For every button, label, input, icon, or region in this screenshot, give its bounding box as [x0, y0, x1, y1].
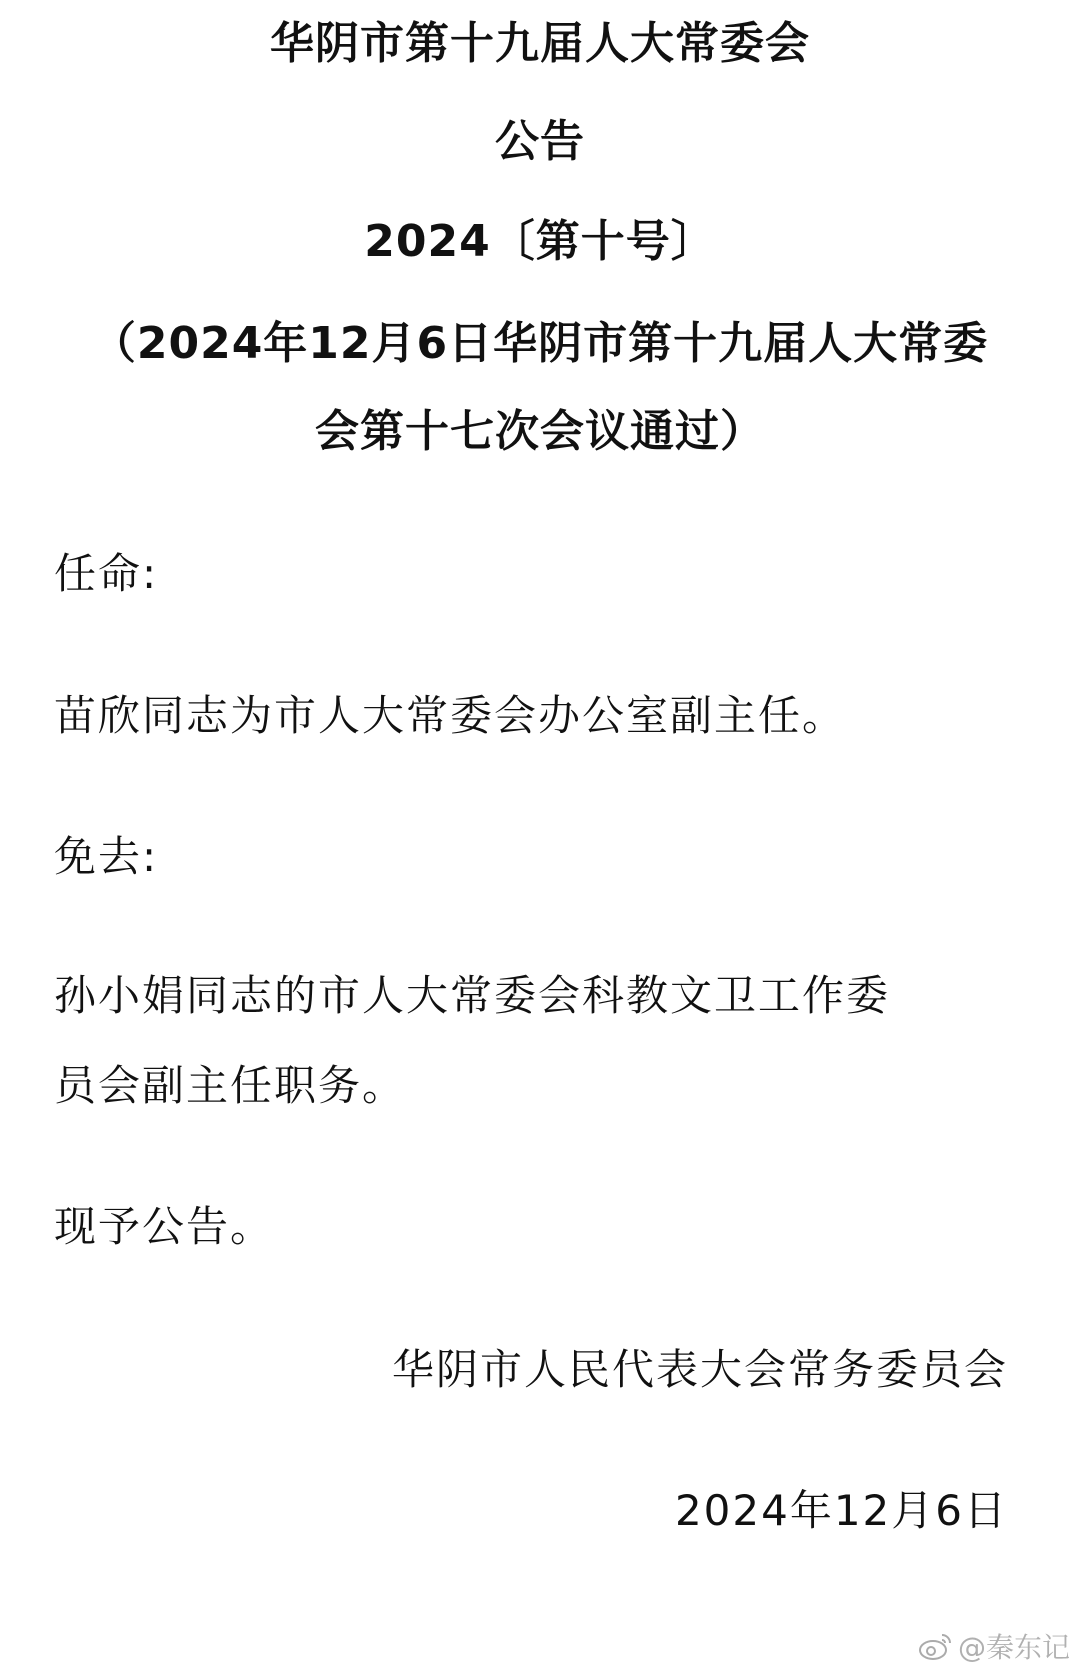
issue-date: 2024年12月6日	[675, 1490, 1008, 1532]
appoint-label: 任命:	[54, 553, 158, 595]
remove-text-line-2: 员会副主任职务。	[54, 1065, 406, 1107]
document-title: 华阴市第十九届人大常委会	[0, 22, 1080, 66]
adopted-note-line-1: （2024年12月6日华阴市第十九届人大常委	[0, 322, 1080, 366]
closing-statement: 现予公告。	[54, 1206, 274, 1248]
remove-label: 免去:	[54, 836, 158, 878]
document-subtitle: 公告	[0, 120, 1080, 164]
watermark: @秦东记	[918, 1626, 1070, 1666]
weibo-icon	[918, 1631, 954, 1661]
adopted-note-line-2: 会第十七次会议通过）	[0, 410, 1080, 454]
remove-text-line-1: 孙小娟同志的市人大常委会科教文卫工作委	[54, 975, 890, 1017]
appoint-text: 苗欣同志为市人大常委会办公室副主任。	[54, 695, 846, 737]
watermark-text: @秦东记	[958, 1626, 1070, 1666]
issuer-signature: 华阴市人民代表大会常务委员会	[392, 1349, 1008, 1391]
announcement-number: 2024〔第十号〕	[0, 220, 1080, 264]
